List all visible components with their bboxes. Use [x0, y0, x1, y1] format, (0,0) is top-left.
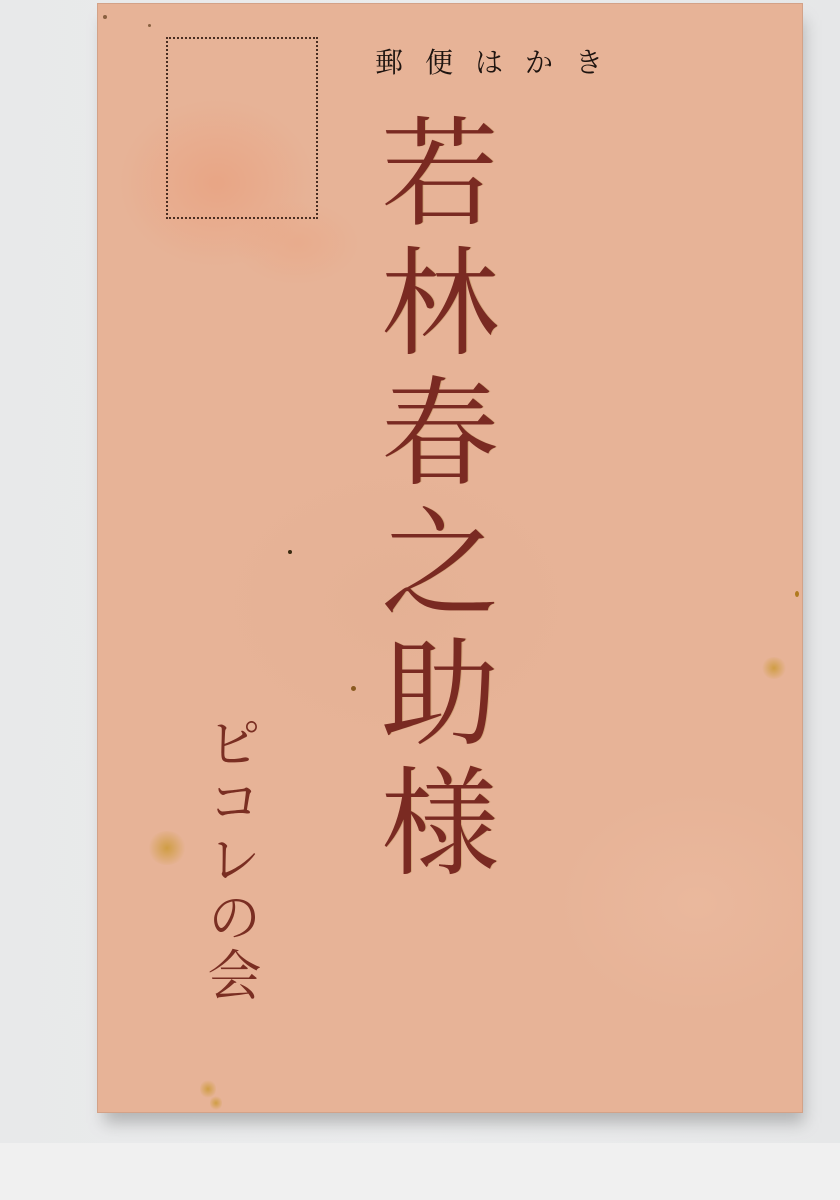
stain: [761, 657, 787, 679]
stain: [147, 831, 187, 865]
speck: [103, 15, 107, 19]
recipient-name: 若林春之助: [361, 111, 499, 761]
speck: [288, 550, 292, 554]
stain: [210, 1095, 222, 1111]
speck: [351, 686, 356, 691]
speck: [795, 591, 799, 597]
stamp-box: [166, 37, 318, 219]
recipient-address: 若林春之助様: [369, 111, 489, 891]
postcard: 郵便はかき 若林春之助様 ピコレの会: [97, 3, 803, 1113]
postcard-header-title: 郵便はかき: [375, 41, 605, 81]
sender-name: ピコレの会: [187, 715, 257, 1005]
speck: [148, 24, 151, 27]
recipient-honorific: 様: [361, 761, 499, 891]
